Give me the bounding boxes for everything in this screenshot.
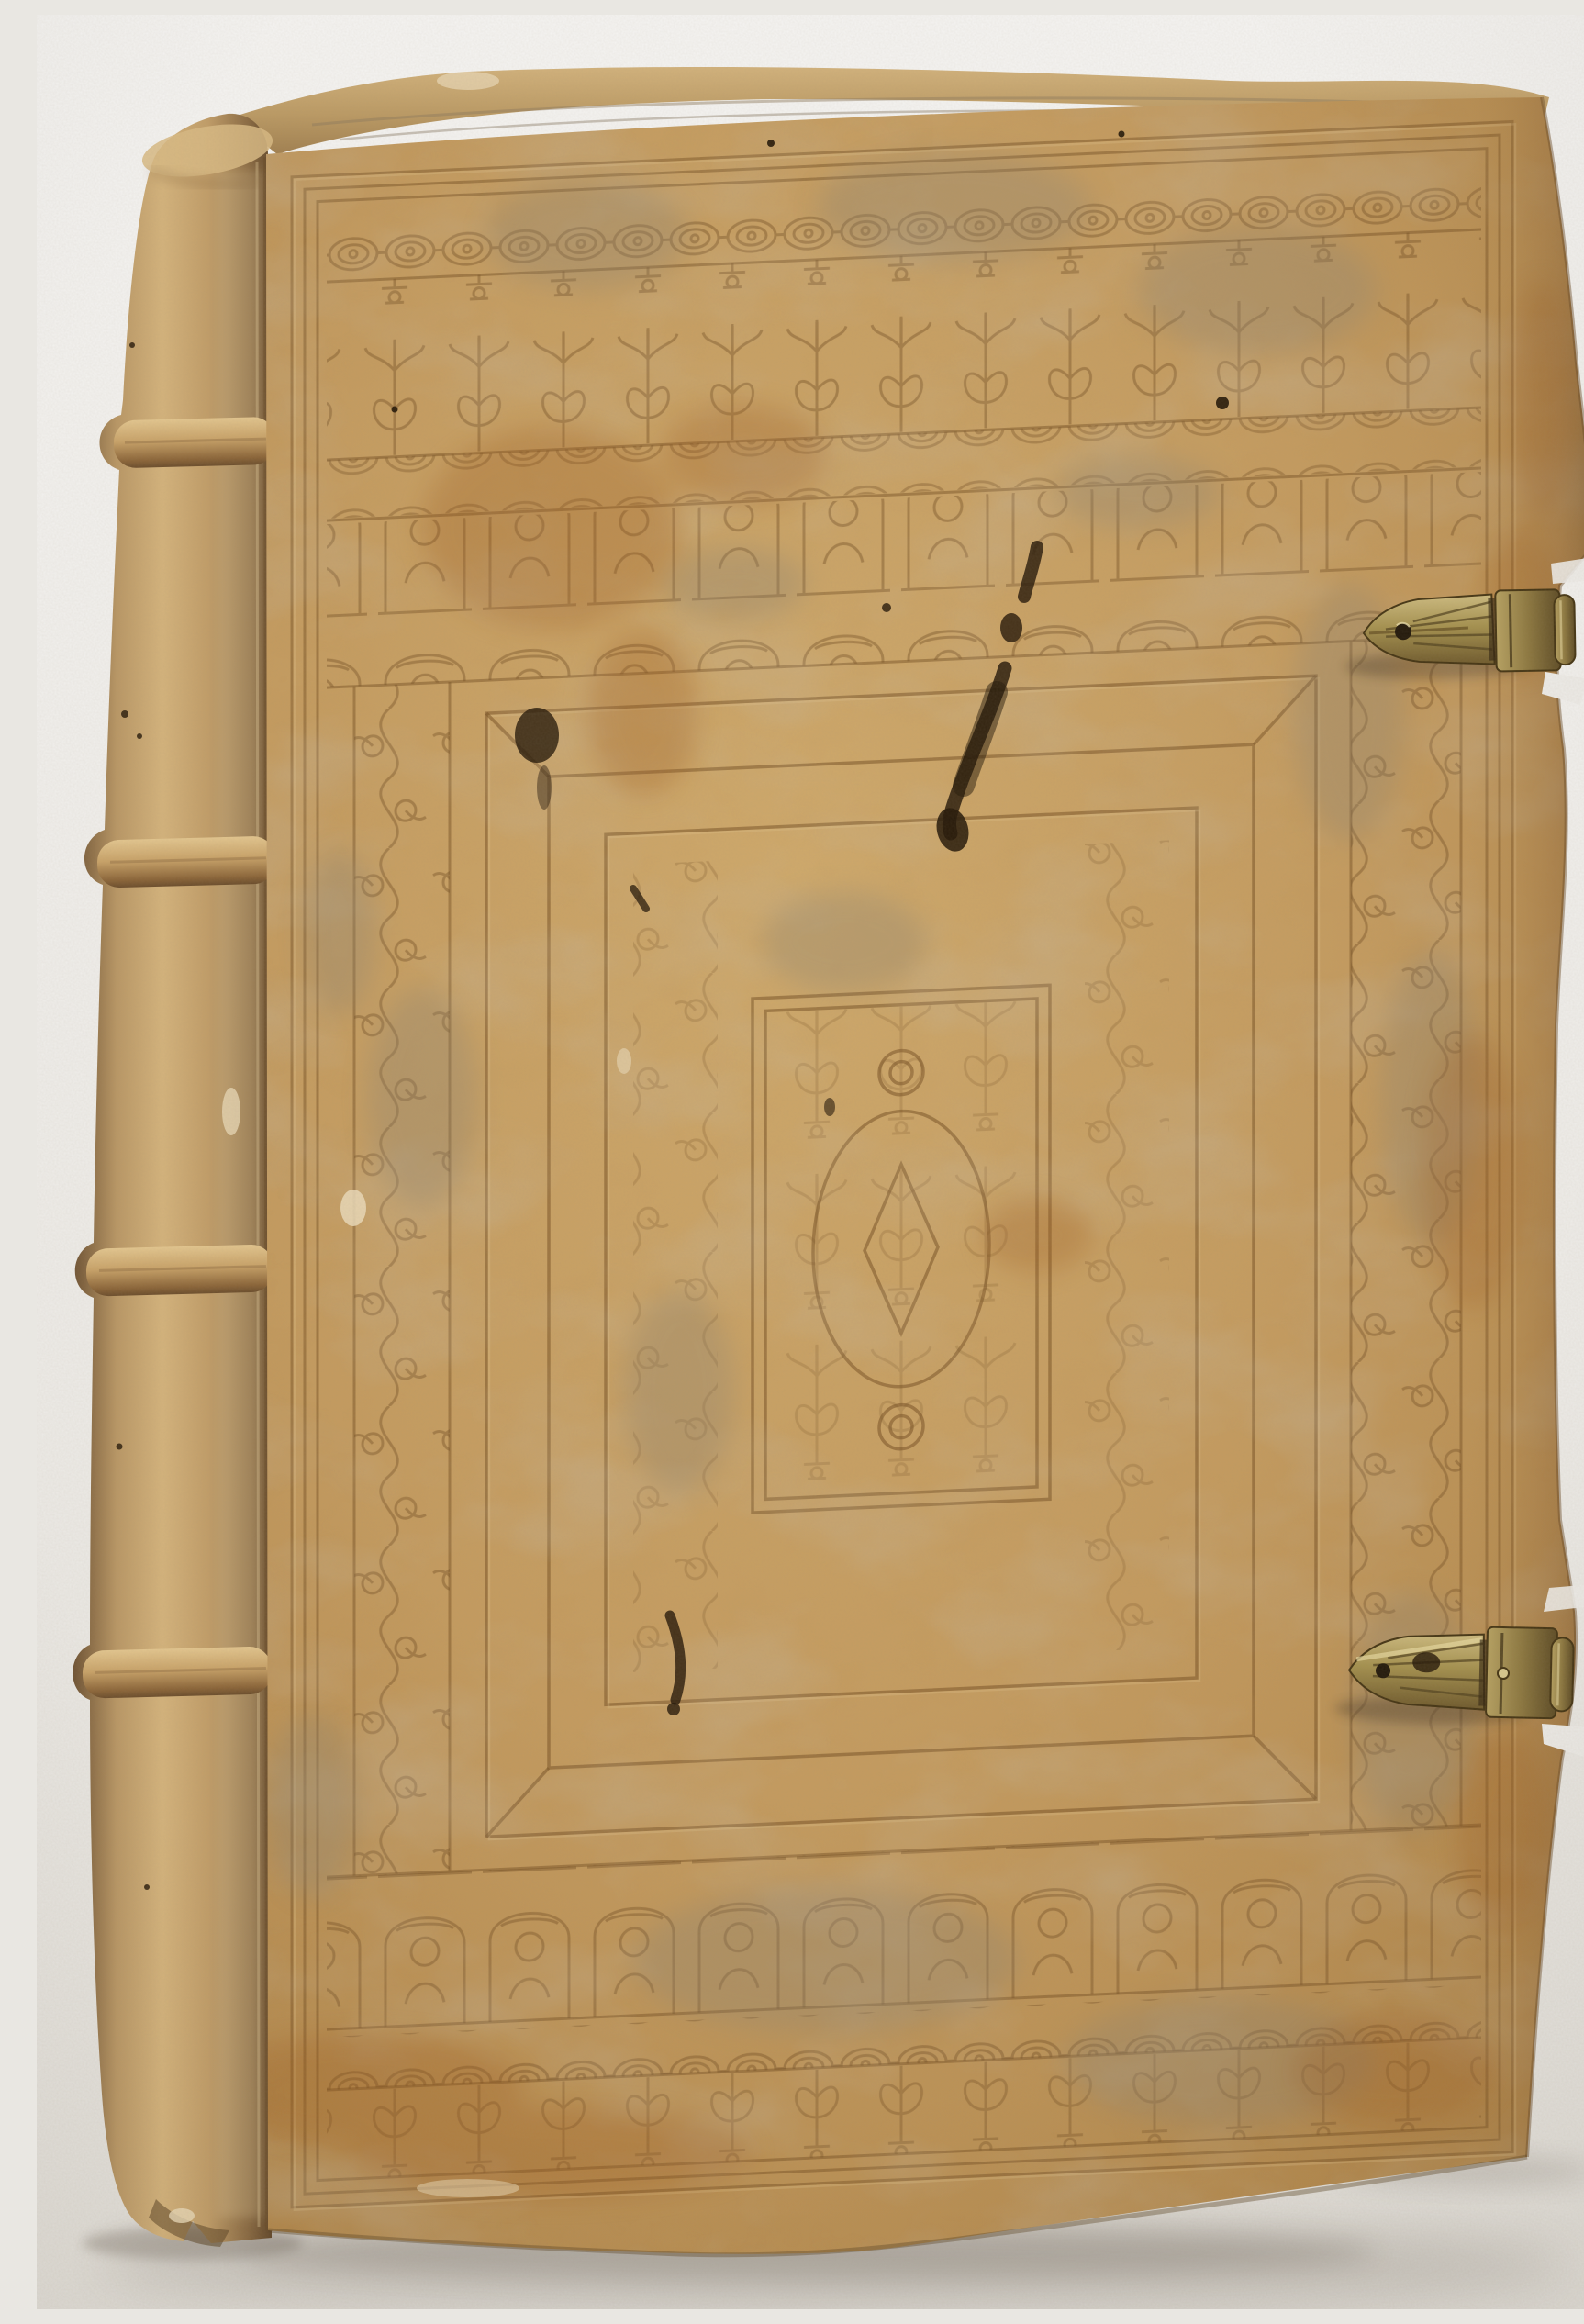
book-photograph [37,15,1584,2309]
photo-vignette [37,15,1584,2309]
